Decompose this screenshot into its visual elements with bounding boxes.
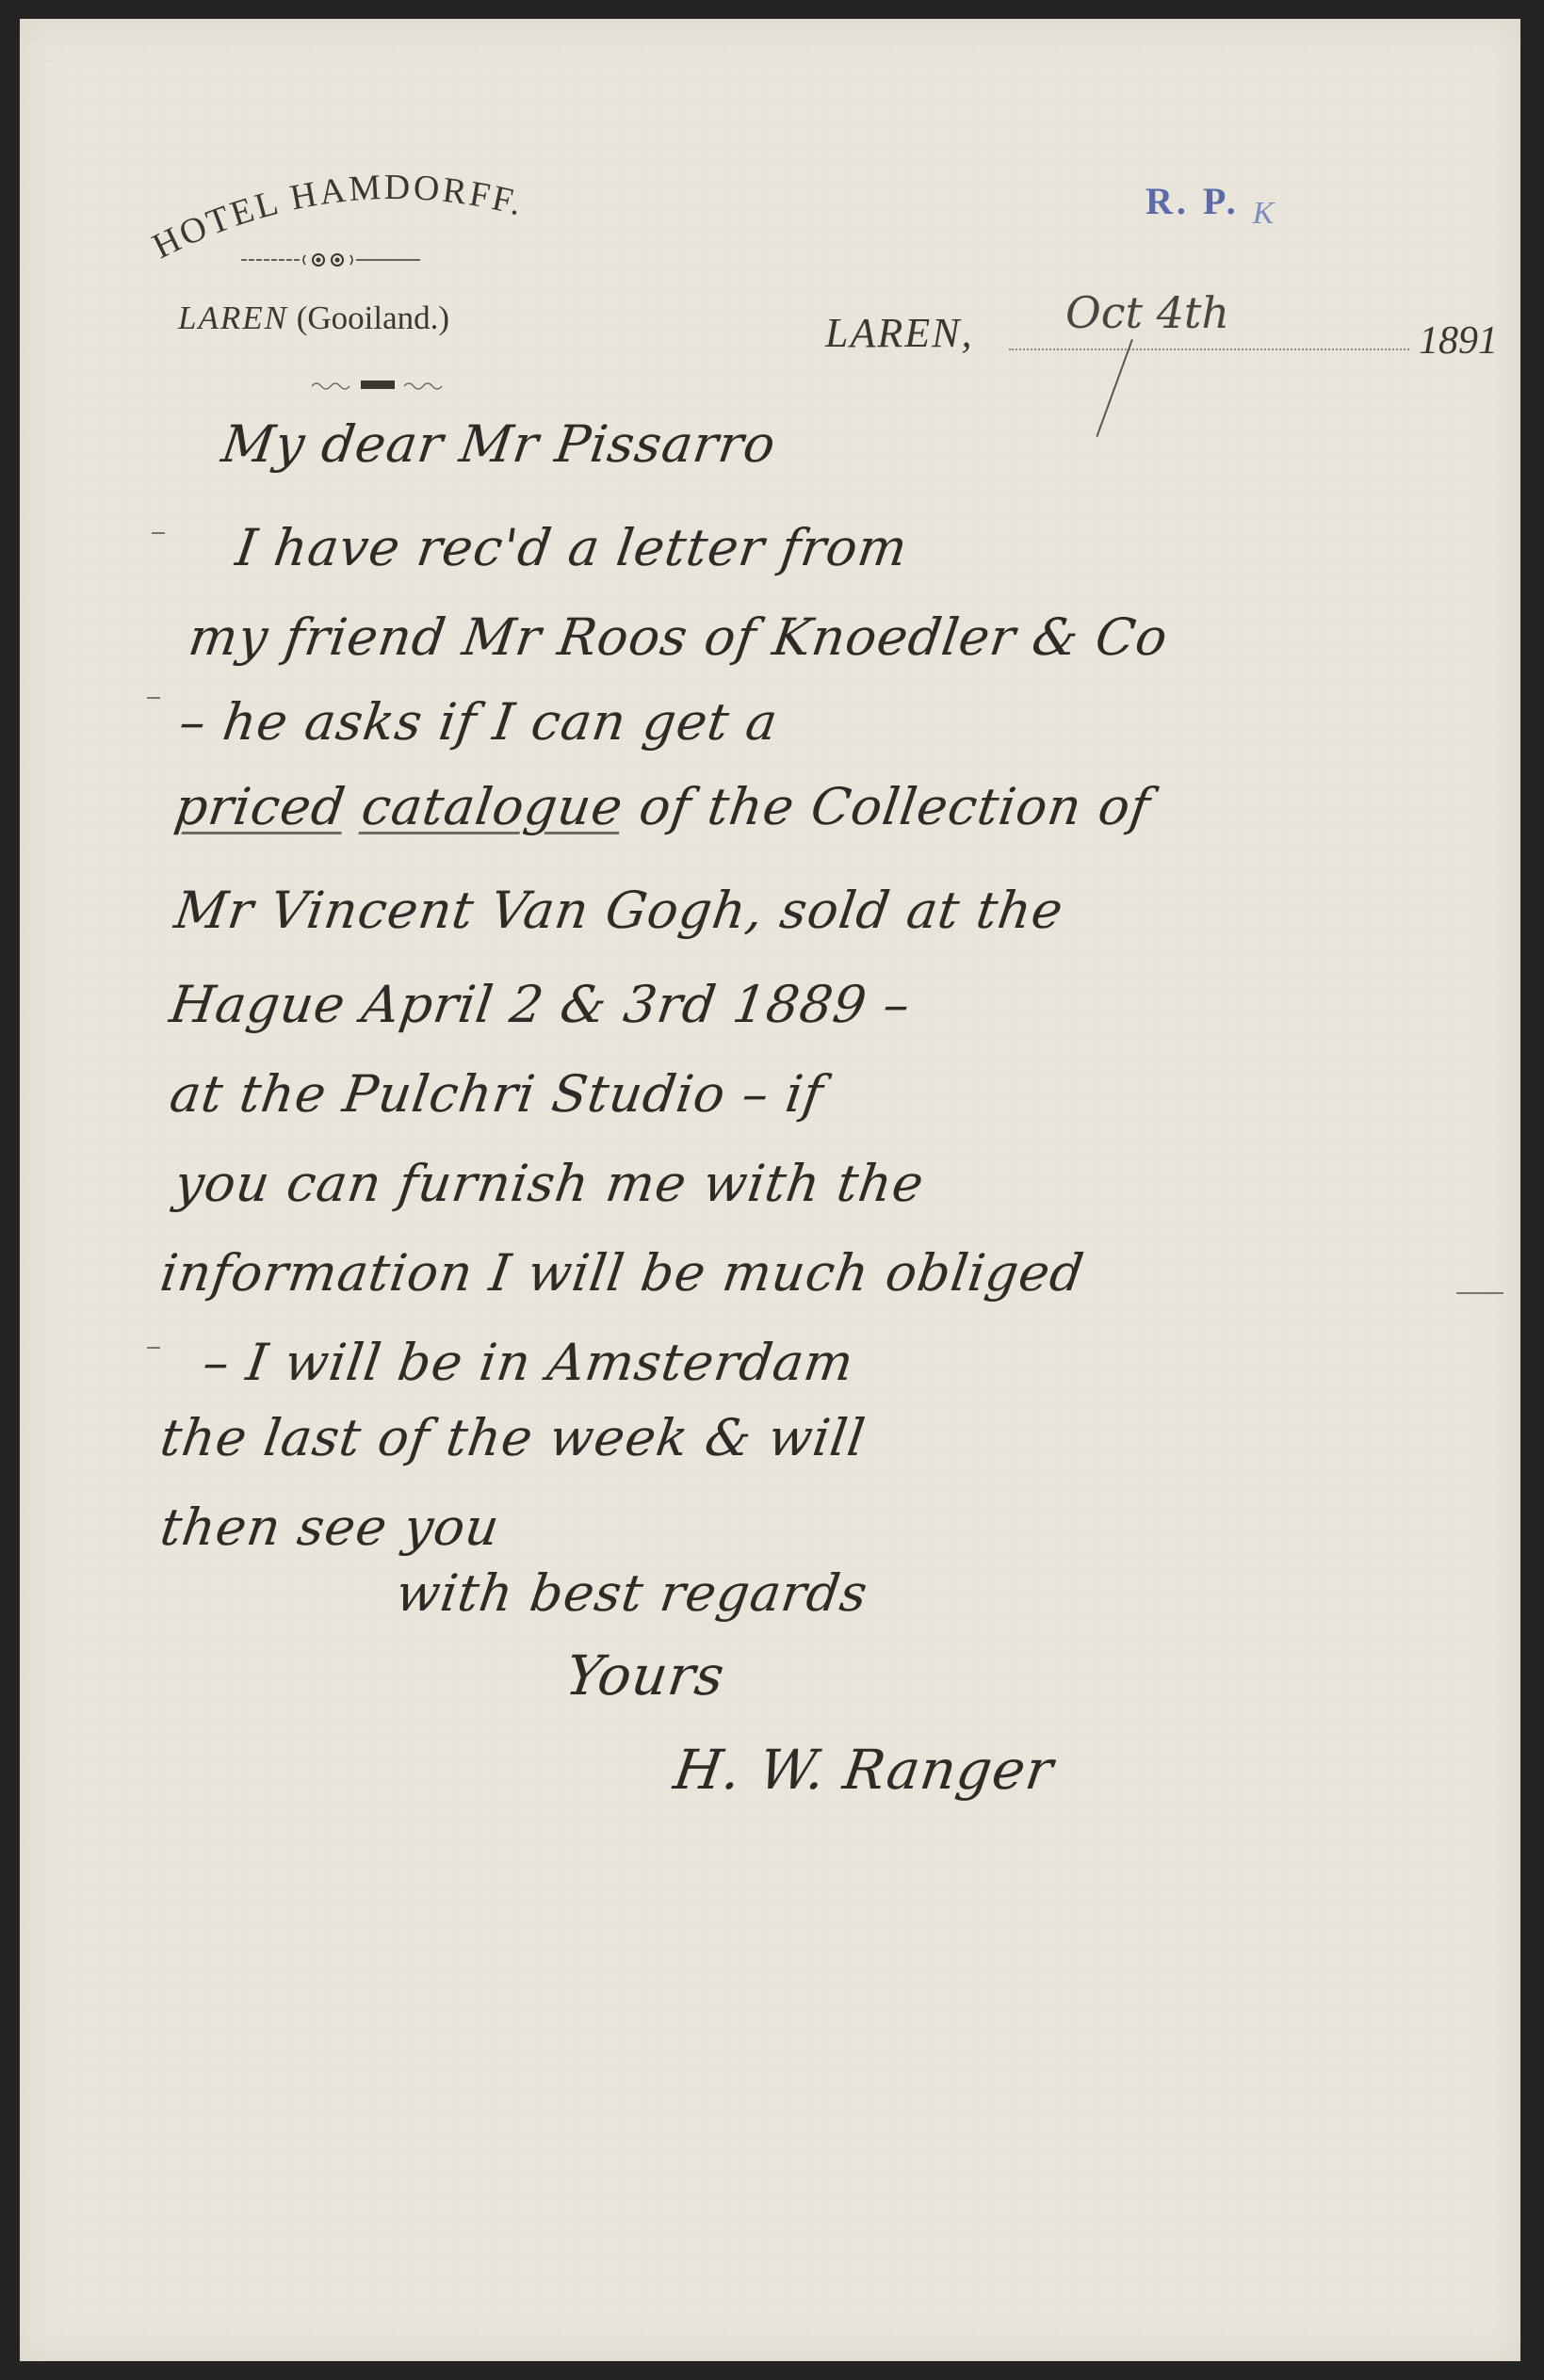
hotel-region: (Gooiland.) (297, 300, 449, 336)
letter-line: information I will be much obliged (157, 1243, 1088, 1303)
closing: with best regards (393, 1563, 872, 1623)
closing-yours: Yours (561, 1643, 729, 1708)
letter-line: Mr Vincent Van Gogh, sold at the (171, 881, 1067, 940)
handwritten-date: Oct 4th (1065, 287, 1229, 338)
letter-line: priced catalogue of the Collection of (171, 777, 1155, 836)
letter-line: my friend Mr Roos of Knoedler & Co (186, 607, 1172, 667)
archive-stamp: R. P. K (1146, 179, 1277, 223)
underlined-word: catalogue (358, 777, 626, 836)
year-handwritten: 91 (1458, 319, 1498, 363)
letter-line: you can furnish me with the (171, 1154, 928, 1213)
year: 1891 (1419, 318, 1498, 364)
letter-line: the last of the week & will (157, 1408, 870, 1467)
letter-line: at the Pulchri Studio – if (167, 1064, 828, 1124)
signature: H. W. Ranger (670, 1738, 1057, 1802)
letter-line: – I will be in Amsterdam (200, 1333, 858, 1392)
margin-dash (152, 532, 165, 534)
letter-line: – he asks if I can get a (176, 692, 782, 752)
margin-dash (1456, 1292, 1503, 1294)
ornament-divider (241, 251, 420, 269)
letter-page: HOTEL HAMDORFF. LAREN (Gooiland.) R. P. … (20, 19, 1520, 2361)
hotel-town: LAREN (178, 300, 288, 336)
place-label: LAREN, (825, 309, 973, 357)
date-pen-stroke (1096, 339, 1133, 437)
salutation: My dear Mr Pissarro (219, 414, 780, 474)
underlined-word: priced (171, 777, 349, 836)
hotel-location: LAREN (Gooiland.) (178, 300, 449, 337)
ornament-wave (312, 379, 444, 392)
stamp-mark: K (1253, 196, 1278, 231)
letter-line: then see you (157, 1498, 504, 1557)
margin-dash (147, 697, 160, 699)
letter-line: I have rec'd a letter from (233, 518, 912, 577)
stamp-text: R. P. (1146, 180, 1240, 222)
date-dotted-line (1009, 348, 1409, 350)
year-printed: 18 (1419, 319, 1458, 363)
letter-line: Hague April 2 & 3rd 1889 – (167, 975, 915, 1034)
margin-dash (147, 1347, 160, 1349)
